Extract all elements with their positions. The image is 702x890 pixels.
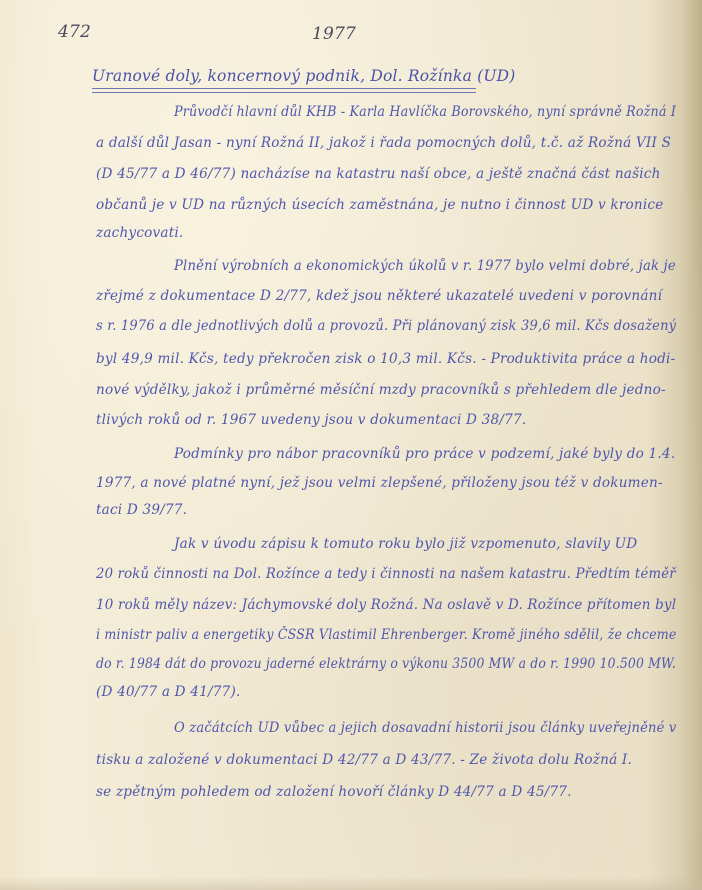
heading-double-underline <box>92 88 476 93</box>
text-line: Průvodčí hlavní důl KHB - Karla Havlíčka… <box>174 104 676 120</box>
text-line: (D 45/77 a D 46/77) nacházíse na katastr… <box>96 166 661 182</box>
text-line: tlivých roků od r. 1967 uvedeny jsou v d… <box>96 412 526 428</box>
text-line: taci D 39/77. <box>96 502 187 518</box>
text-line: 10 roků měly název: Jáchymovské doly Rož… <box>96 597 676 613</box>
manuscript-page: 472 1977 Uranové doly, koncernový podnik… <box>0 0 702 890</box>
text-line: 1977, a nové platné nyní, jež jsou velmi… <box>96 475 663 491</box>
text-line: se zpětným pohledem od založení hovoří č… <box>96 784 572 800</box>
page-number: 472 <box>58 22 91 42</box>
text-line: O začátcích UD vůbec a jejich dosavadní … <box>174 720 677 736</box>
year-heading: 1977 <box>312 24 356 44</box>
text-line: občanů je v UD na různých úsecích zaměst… <box>96 197 664 213</box>
text-line: (D 40/77 a D 41/77). <box>96 684 240 700</box>
text-line: zřejmé z dokumentace D 2/77, kdež jsou n… <box>96 288 662 304</box>
text-line: i ministr paliv a energetiky ČSSR Vlasti… <box>96 627 677 643</box>
text-line: s r. 1976 a dle jednotlivých dolů a prov… <box>96 318 676 334</box>
text-line: byl 49,9 mil. Kčs, tedy překročen zisk o… <box>96 351 675 367</box>
text-line: Jak v úvodu zápisu k tomuto roku bylo ji… <box>174 536 637 552</box>
text-line: Plnění výrobních a ekonomických úkolů v … <box>174 258 676 274</box>
text-line: do r. 1984 dát do provozu jaderné elektr… <box>96 656 676 672</box>
section-heading: Uranové doly, koncernový podnik, Dol. Ro… <box>92 67 516 85</box>
text-line: tisku a založené v dokumentaci D 42/77 a… <box>96 752 632 768</box>
text-line: Podmínky pro nábor pracovníků pro práce … <box>174 446 675 462</box>
text-line: nové výdělky, jakož i průměrné měsíční m… <box>96 382 666 398</box>
text-line: 20 roků činnosti na Dol. Rožínce a tedy … <box>96 566 676 582</box>
text-line: a další důl Jasan - nyní Rožná II, jakož… <box>96 135 671 151</box>
text-line: zachycovati. <box>96 225 183 241</box>
